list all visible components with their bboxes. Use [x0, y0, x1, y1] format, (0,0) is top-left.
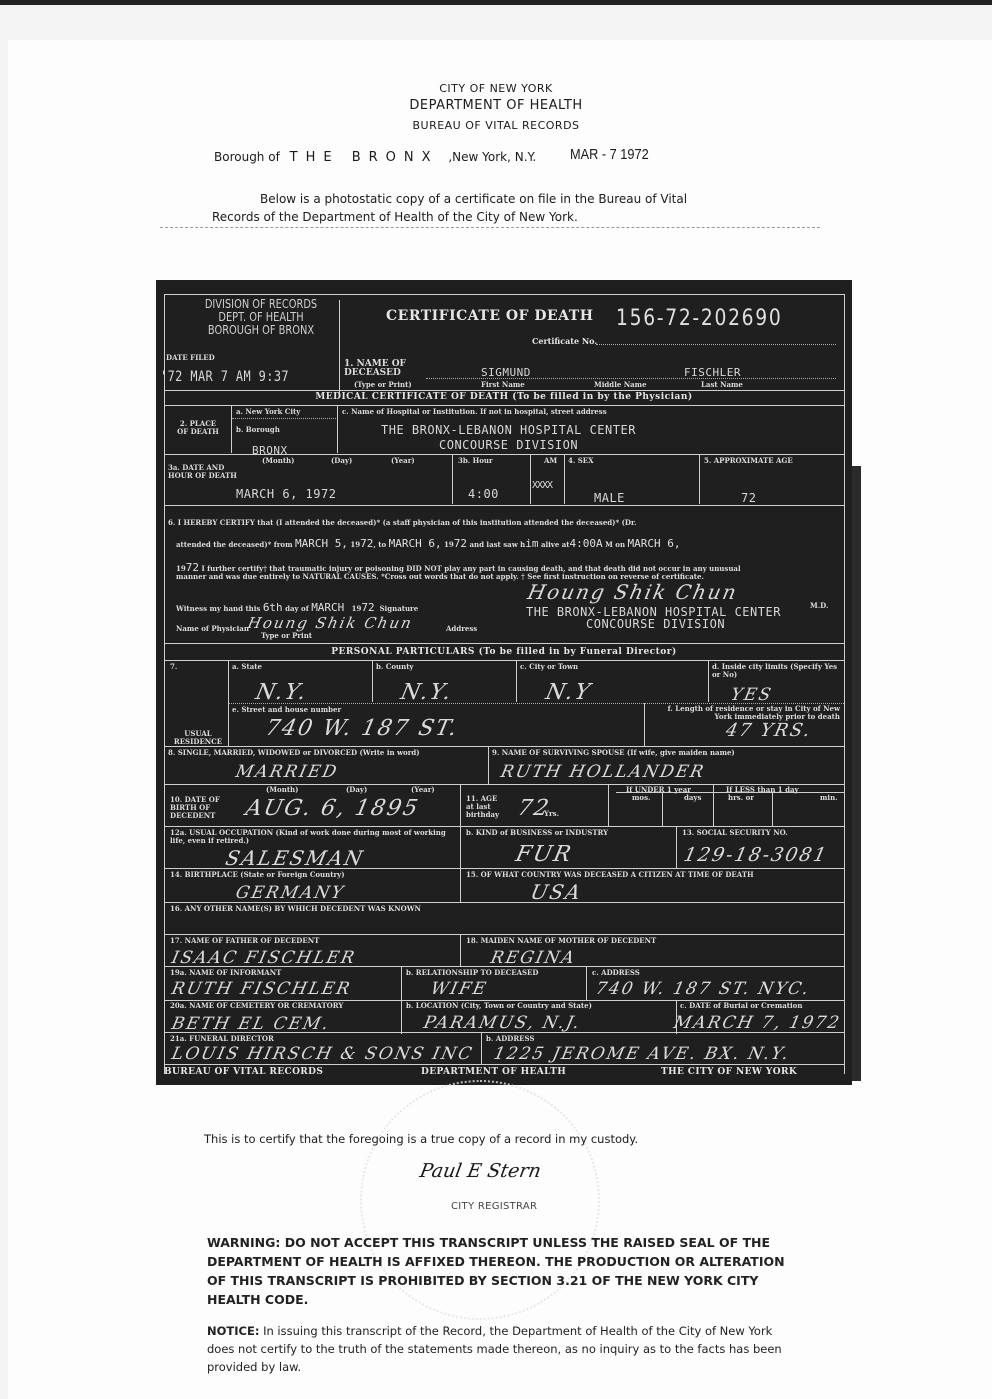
year-label: (Year): [391, 457, 415, 465]
funeral-address-label: b. ADDRESS: [486, 1035, 534, 1043]
physician-label: Name of Physician: [176, 625, 249, 633]
cell-line: [460, 826, 461, 868]
registrar-title: CITY REGISTRAR: [451, 1201, 537, 1212]
cell-line: [676, 826, 677, 868]
death-hour: 4:00: [468, 487, 499, 501]
cell-line: [337, 405, 338, 453]
informant-label: 19a. NAME OF INFORMANT: [170, 969, 281, 977]
death-certificate: DIVISION OF RECORDS DEPT. OF HEALTH BORO…: [156, 280, 852, 1085]
row-line: [164, 454, 844, 455]
row-line: [164, 868, 844, 869]
hour-label: 3b. Hour: [458, 457, 493, 465]
dotted-line: [596, 344, 836, 345]
dotted-line: [232, 418, 336, 419]
borough-prefix: Borough of: [214, 150, 280, 164]
witness-line: Witness my hand this 6th day of MARCH 19…: [176, 601, 418, 614]
row-line: [164, 1064, 844, 1065]
cell-line: [488, 746, 489, 784]
frame-line: [164, 294, 165, 1074]
borough-label: b. Borough: [236, 426, 280, 434]
am-mark: XXXX: [532, 480, 552, 491]
cemetery-label: 20a. NAME OF CEMETERY OR CREMATORY: [170, 1002, 343, 1010]
cell-line: [564, 454, 565, 504]
attestation-text: This is to certify that the foregoing is…: [204, 1132, 638, 1146]
marital-label: 8. SINGLE, MARRIED, WIDOWED or DIVORCED …: [168, 749, 420, 757]
hospital-division: CONCOURSE DIVISION: [439, 438, 578, 452]
row-line: [164, 966, 844, 967]
informant-address-value: 740 W. 187 ST. NYC.: [594, 979, 812, 999]
age-last-label: 11. AGE at last birthday: [466, 795, 506, 819]
birth-date-label: 10. DATE OF BIRTH OF DECEDENT: [170, 796, 230, 820]
frame-line: [164, 294, 844, 295]
day-of-label: day of: [285, 604, 309, 613]
first-name: SIGMUND: [481, 366, 531, 379]
informant-value: RUTH FISCHLER: [170, 979, 353, 999]
spouse-label: 9. NAME OF SURVIVING SPOUSE (If wife, gi…: [492, 749, 735, 757]
birthplace-label: 14. BIRTHPLACE (State or Foreign Country…: [170, 871, 345, 879]
certificate-edge: [851, 466, 861, 1081]
md-label: M.D.: [810, 602, 828, 610]
county-value: N.Y.: [398, 680, 455, 705]
days-label: days: [684, 794, 701, 802]
informant-address-label: c. ADDRESS: [592, 969, 640, 977]
cell-line: [516, 660, 517, 702]
father-label: 17. NAME OF FATHER OF DECEDENT: [170, 937, 319, 945]
address-label: Address: [446, 625, 477, 633]
footer-city: THE CITY OF NEW YORK: [661, 1067, 797, 1077]
cell-line: [372, 660, 373, 702]
division-line: BOROUGH OF BRONX: [200, 324, 323, 337]
city-value: N.Y: [543, 680, 594, 705]
name-label: 1. NAME OF DECEASED: [344, 360, 434, 378]
burial-date-label: c. DATE of Burial or Cremation: [680, 1002, 802, 1010]
birth-year-label: (Year): [411, 786, 435, 794]
certificate-number: 156-72-202690: [616, 306, 782, 331]
footer-department: DEPARTMENT OF HEALTH: [421, 1067, 566, 1077]
attended-to-year: 72: [454, 537, 467, 550]
residence-number: 7.: [170, 663, 177, 671]
mother-label: 18. MAIDEN NAME OF MOTHER OF DECEDENT: [466, 937, 656, 945]
spouse-value: RUTH HOLLANDER: [499, 762, 707, 782]
residence-length-label: f. Length of residence or stay in City o…: [648, 705, 840, 721]
inside-limits-label: d. Inside city limits (Specify Yes or No…: [712, 663, 842, 679]
last-saw-label: and last saw h: [469, 540, 525, 549]
cell-line: [662, 792, 663, 826]
hospital-label: c. Name of Hospital or Institution. If n…: [342, 408, 607, 416]
certify-line-1: 6. I HEREBY CERTIFY that (I attended the…: [168, 518, 636, 527]
alive-time: 4:00A: [570, 537, 603, 550]
cell-line: [231, 405, 232, 453]
cell-line: [530, 454, 531, 504]
certificate-title: CERTIFICATE OF DEATH: [386, 308, 593, 324]
certify-line-2: attended the deceased)* from MARCH 5, 19…: [176, 537, 680, 550]
middle-name-label: Middle Name: [594, 381, 647, 389]
medical-section-title: MEDICAL CERTIFICATE OF DEATH (To be fill…: [156, 392, 852, 402]
on-label: M on: [605, 540, 625, 549]
relationship-label: b. RELATIONSHIP TO DECEASED: [406, 969, 538, 977]
alive-date: MARCH 6,: [627, 537, 680, 550]
frame-line: [339, 300, 340, 396]
certificate-number-label: Certificate No.: [532, 336, 597, 346]
header-department: DEPARTMENT OF HEALTH: [0, 98, 992, 113]
personal-section-title: PERSONAL PARTICULARS (To be filled in by…: [156, 647, 852, 657]
scan-edge: [0, 0, 992, 5]
cell-line: [460, 868, 461, 902]
mother-value: REGINA: [489, 948, 578, 968]
approx-age: 72: [741, 491, 756, 505]
mos-label: mos.: [632, 794, 650, 802]
cell-line: [586, 966, 587, 1000]
inside-limits-value: YES: [729, 685, 775, 705]
other-names-label: 16. ANY OTHER NAME(S) BY WHICH DECEDENT …: [170, 905, 421, 913]
cell-line: [699, 454, 700, 504]
divider: [160, 227, 820, 228]
row-line: [164, 505, 844, 506]
row-line: [164, 826, 844, 827]
division-stamp: DIVISION OF RECORDS DEPT. OF HEALTH BORO…: [200, 298, 323, 337]
county-label: b. County: [376, 663, 414, 671]
physician-sublabel: Type or Print: [261, 632, 312, 640]
birth-month-label: (Month): [266, 786, 298, 794]
registrar-signature: Paul E Stern: [418, 1160, 543, 1182]
sex-label: 4. SEX: [568, 457, 594, 465]
footer-bureau: BUREAU OF VITAL RECORDS: [164, 1067, 323, 1077]
day-label: (Day): [331, 457, 352, 465]
street-value: 740 W. 187 ST.: [263, 716, 461, 741]
funeral-address-value: 1225 JEROME AVE. BX. N.Y.: [492, 1044, 792, 1064]
state-label: a. State: [232, 663, 262, 671]
header-city: CITY OF NEW YORK: [0, 82, 992, 95]
notice-body: In issuing this transcript of the Record…: [207, 1324, 782, 1374]
last-name: FISCHLER: [684, 366, 741, 379]
cell-line: [401, 966, 402, 1000]
row-line: [164, 405, 844, 406]
header-bureau: BUREAU OF VITAL RECORDS: [0, 119, 992, 132]
state-value: N.Y.: [253, 680, 310, 705]
birthplace-value: GERMANY: [234, 883, 347, 903]
attended-to: MARCH 6,: [389, 537, 442, 550]
death-date: MARCH 6, 1972: [236, 487, 336, 501]
father-value: ISAAC FISCHLER: [170, 948, 358, 968]
alive-label: alive at: [541, 540, 570, 549]
borough-suffix: ,New York, N.Y.: [448, 150, 536, 164]
birth-date-value: AUG. 6, 1895: [243, 796, 422, 821]
row-line: [616, 792, 844, 793]
cell-line: [481, 1032, 482, 1064]
cell-line: [708, 660, 709, 702]
notice-label: NOTICE:: [207, 1324, 259, 1338]
witness-year: 72: [361, 601, 374, 614]
cell-line: [460, 784, 461, 826]
from-label: attended the deceased)* from: [176, 540, 293, 549]
warning-text: WARNING: DO NOT ACCEPT THIS TRANSCRIPT U…: [207, 1233, 787, 1309]
ssn-label: 13. SOCIAL SECURITY NO.: [682, 829, 788, 837]
row-line: [164, 1032, 844, 1033]
cell-line: [608, 784, 609, 826]
min-label: min.: [820, 794, 838, 802]
occupation-label: 12a. USUAL OCCUPATION (Kind of work done…: [170, 829, 450, 845]
nyc-label: a. New York City: [236, 408, 300, 416]
witness-day: 6th: [263, 601, 283, 614]
row-line: [164, 746, 844, 747]
citizen-label: 15. OF WHAT COUNTRY WAS DECEASED A CITIZ…: [466, 871, 754, 879]
burial-date-value: MARCH 7, 1972: [672, 1013, 843, 1033]
first-name-label: First Name: [481, 381, 525, 389]
usual-residence-label: USUAL RESIDENCE: [170, 730, 226, 746]
cell-line: [452, 454, 453, 504]
last-saw-him: im: [525, 537, 538, 550]
to-label: to: [378, 540, 386, 549]
row-line: [164, 660, 844, 661]
funeral-director-label: 21a. FUNERAL DIRECTOR: [170, 1035, 274, 1043]
row-line: [164, 643, 844, 644]
date-filed-stamp: '72 MAR 7 AM 9:37: [160, 369, 289, 385]
birth-day-label: (Day): [346, 786, 367, 794]
location-label: b. LOCATION (City, Town or Country and S…: [406, 1002, 592, 1010]
cemetery-value: BETH EL CEM.: [170, 1014, 332, 1034]
date-hour-label: 3a. DATE AND HOUR OF DEATH: [168, 464, 248, 480]
cell-line: [713, 784, 714, 826]
borough-line: Borough of THE BRONX ,New York, N.Y.: [214, 150, 536, 165]
notice-text: NOTICE: In issuing this transcript of th…: [207, 1322, 787, 1376]
row-line: [164, 390, 844, 391]
am-label: AM: [544, 457, 557, 465]
attended-from: MARCH 5,: [295, 537, 348, 550]
hospital-name: THE BRONX-LEBANON HOSPITAL CENTER: [381, 423, 636, 437]
relationship-value: WIFE: [429, 979, 490, 999]
place-of-death-label: 2. PLACE OF DEATH: [176, 420, 220, 436]
citizen-value: USA: [528, 880, 584, 904]
signature-label: Signature: [380, 604, 419, 613]
funeral-director-value: LOUIS HIRSCH & SONS INC: [170, 1044, 475, 1064]
occupation-value: SALESMAN: [223, 846, 366, 870]
issue-date-stamp: MAR - 7 1972: [570, 146, 649, 163]
physician-signature: Houng Shik Chun: [525, 580, 740, 604]
hrs-label: hrs. or: [728, 794, 754, 802]
street-label: e. Street and house number: [232, 706, 341, 714]
ssn-value: 129-18-3081: [682, 844, 830, 866]
name-sublabel: (Type or Print): [354, 381, 412, 389]
residence-length-value: 47 YRS.: [724, 720, 814, 741]
frame-line: [844, 294, 845, 1074]
cell-line: [460, 934, 461, 966]
business-label: b. KIND of BUSINESS or INDUSTRY: [466, 829, 608, 837]
last-name-label: Last Name: [701, 381, 743, 389]
sex-value: MALE: [594, 491, 625, 505]
row-line: [164, 902, 844, 903]
cell-line: [644, 703, 645, 746]
borough-name: THE BRONX: [290, 150, 439, 165]
month-label: (Month): [262, 457, 294, 465]
business-value: FUR: [513, 842, 575, 867]
cell-line: [772, 792, 773, 826]
attended-from-year: 72: [360, 537, 373, 550]
approx-age-label: 5. APPROXIMATE AGE: [704, 457, 793, 465]
physician-name: Houng Shik Chun: [246, 614, 415, 632]
intro-text: Below is a photostatic copy of a certifi…: [212, 190, 732, 226]
cell-line: [401, 1000, 402, 1034]
witness-label: Witness my hand this: [176, 604, 260, 613]
location-value: PARAMUS, N.J.: [422, 1013, 583, 1033]
date-filed-label: DATE FILED: [166, 354, 215, 362]
physician-address-2: CONCOURSE DIVISION: [586, 617, 725, 631]
witness-month: MARCH: [311, 601, 344, 614]
row-line: [164, 934, 844, 935]
yrs-label: Yrs.: [544, 810, 559, 818]
city-label: c. City or Town: [520, 663, 578, 671]
marital-value: MARRIED: [234, 762, 340, 782]
